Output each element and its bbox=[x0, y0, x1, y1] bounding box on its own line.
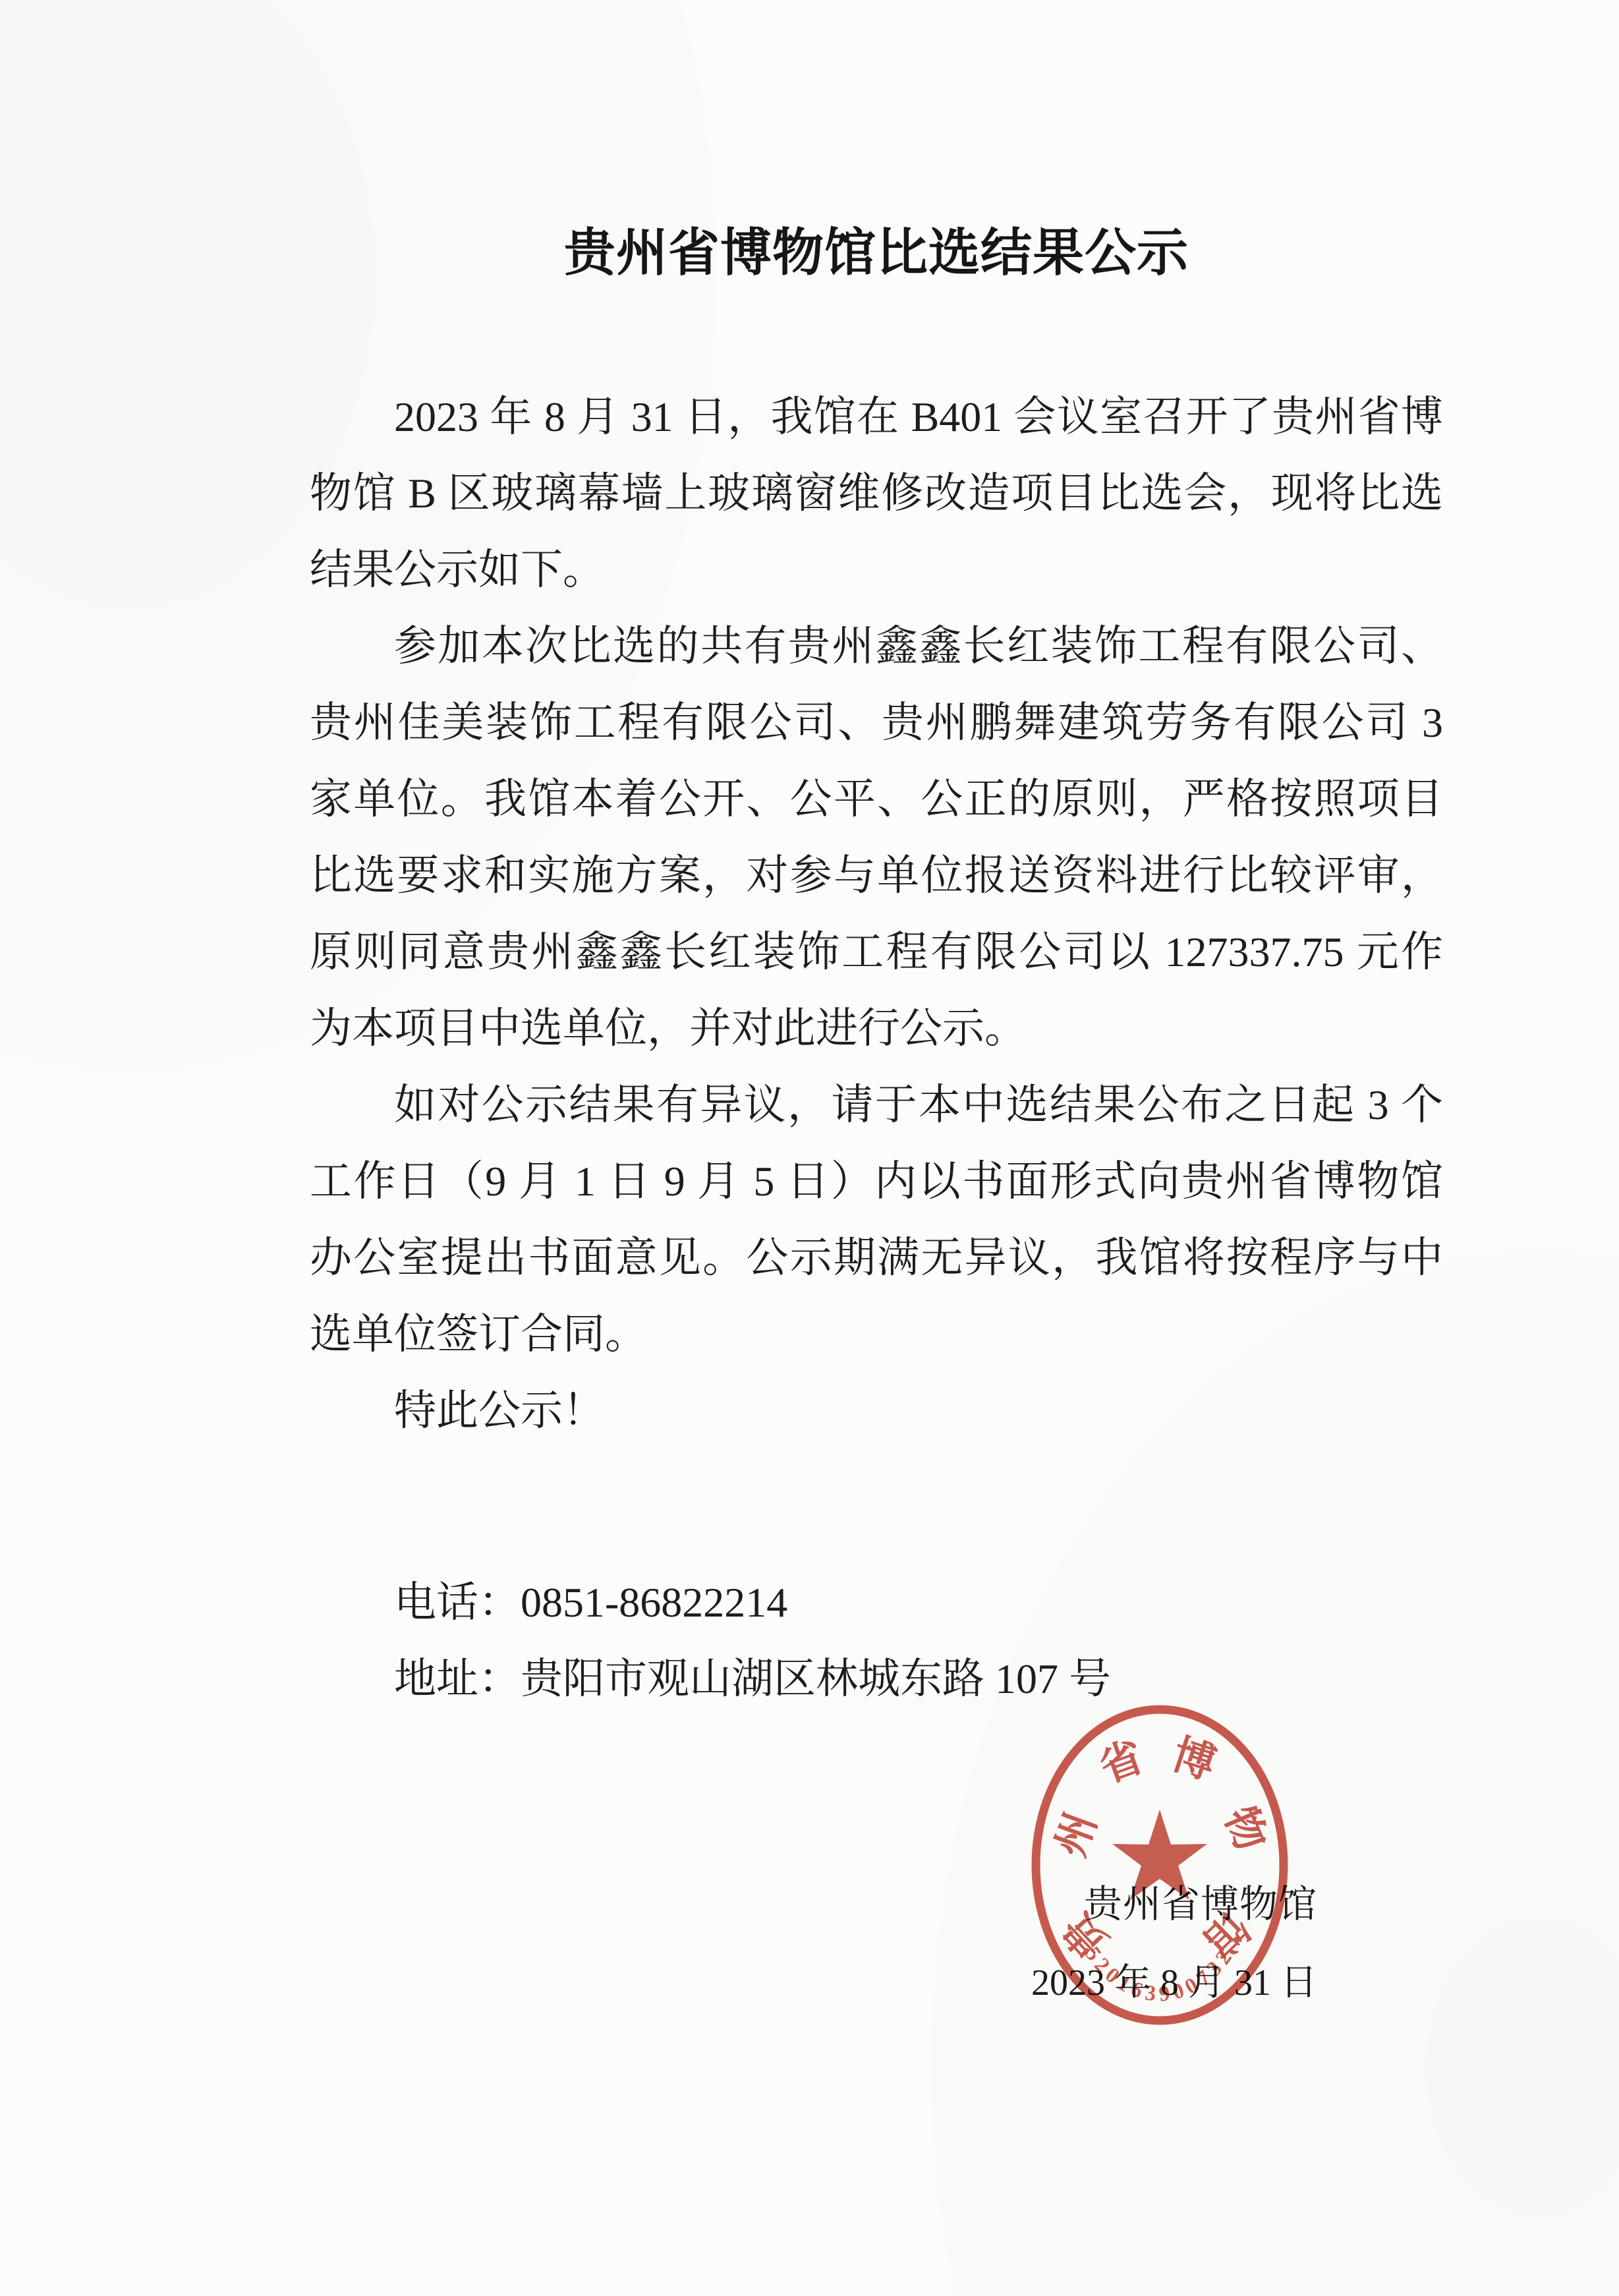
body-line: 物馆 B 区玻璃幕墙上玻璃窗维修改造项目比选会，现将比选 bbox=[310, 455, 1443, 532]
body-line: 比选要求和实施方案，对参与单位报送资料进行比较评审， bbox=[310, 838, 1443, 914]
body-line: 原则同意贵州鑫鑫长红装饰工程有限公司以 127337.75 元作 bbox=[310, 914, 1443, 990]
body-line: 家单位。我馆本着公开、公平、公正的原则，严格按照项目 bbox=[310, 761, 1443, 838]
body-line: 工作日（9 月 1 日 9 月 5 日）内以书面形式向贵州省博物馆 bbox=[310, 1143, 1443, 1220]
body-line: 为本项目中选单位，并对此进行公示。 bbox=[310, 990, 1443, 1067]
seal-ring-char: 省 bbox=[1094, 1733, 1149, 1792]
body-line: 办公室提出书面意见。公示期满无异议，我馆将按程序与中 bbox=[310, 1220, 1443, 1296]
scanned-document-page: 贵州省博物馆比选结果公示 2023 年 8 月 31 日，我馆在 B401 会议… bbox=[0, 0, 1619, 2296]
seal-ring-char: 州 bbox=[1047, 1807, 1106, 1862]
seal-code: 520163900732 bbox=[1080, 1943, 1239, 2007]
official-seal: 贵 州 省 博 物 馆 520163900732 bbox=[1008, 1680, 1318, 2063]
body-line: 贵州佳美装饰工程有限公司、贵州鹏舞建筑劳务有限公司 3 bbox=[310, 685, 1443, 761]
seal-ring-char: 博 bbox=[1167, 1731, 1222, 1788]
body-line: 参加本次比选的共有贵州鑫鑫长红装饰工程有限公司、 bbox=[310, 608, 1443, 685]
contact-phone-line: 电话：0851-86822214 bbox=[310, 1564, 1443, 1641]
body-line: 选单位签订合同。 bbox=[310, 1296, 1443, 1373]
body-line: 特此公示！ bbox=[310, 1373, 1443, 1449]
document-title: 贵州省博物馆比选结果公示 bbox=[310, 227, 1443, 278]
body-line: 如对公示结果有异议，请于本中选结果公布之日起 3 个 bbox=[310, 1067, 1443, 1143]
seal-ring-char: 物 bbox=[1216, 1800, 1275, 1858]
body-line: 2023 年 8 月 31 日，我馆在 B401 会议室召开了贵州省博 bbox=[310, 379, 1443, 455]
red-star-icon bbox=[1112, 1810, 1207, 1900]
blank-gap bbox=[310, 1449, 1443, 1564]
body-line: 结果公示如下。 bbox=[310, 532, 1443, 608]
letter-body: 2023 年 8 月 31 日，我馆在 B401 会议室召开了贵州省博 物馆 B… bbox=[310, 379, 1443, 1717]
